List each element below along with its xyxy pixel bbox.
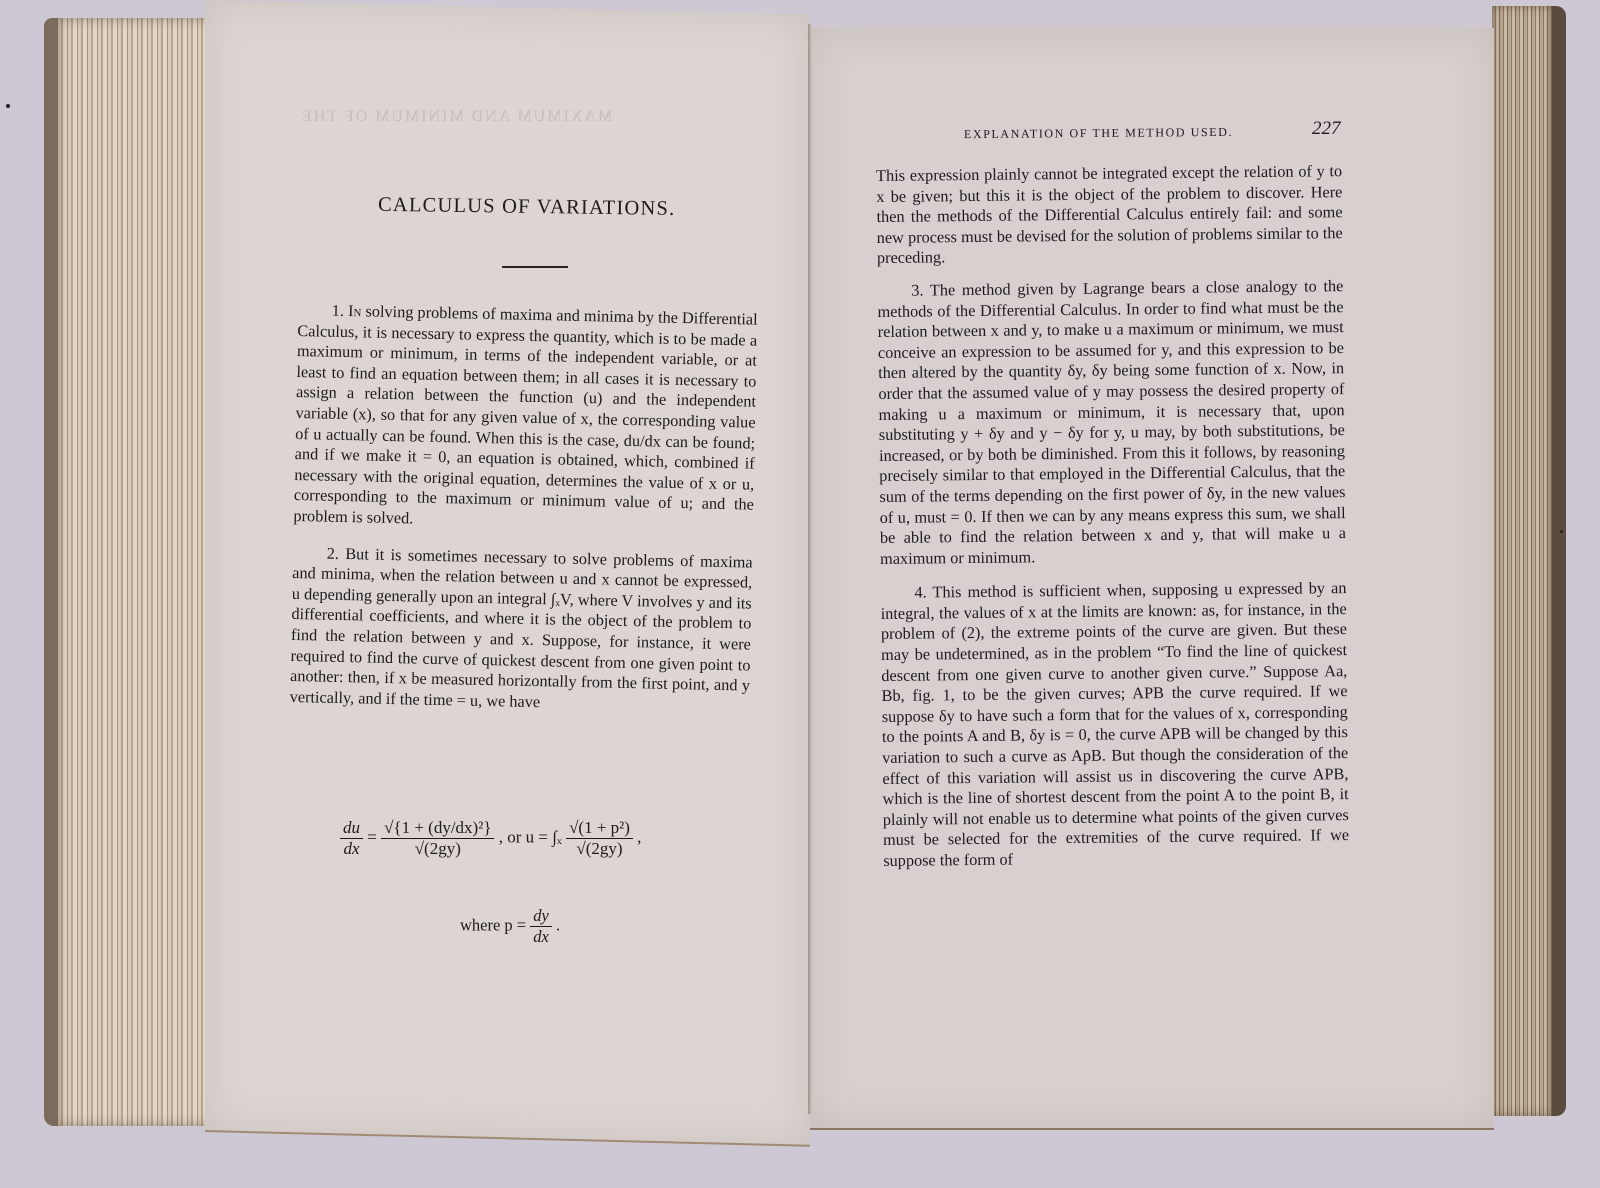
show-through-text: MAXIMUM AND MINIMUM OF THE <box>300 108 612 126</box>
where-p-definition: where p = dy dx . <box>460 906 560 947</box>
paragraph-1: 1. In solving problems of maxima and min… <box>293 300 758 536</box>
paragraph-number: 2. <box>327 543 340 562</box>
fraction-sqrt-term: √{1 + (dy/dx)²} √(2gy) <box>381 818 494 859</box>
title-rule <box>502 266 568 268</box>
descent-time-formula: du dx = √{1 + (dy/dx)²} √(2gy) , or u = … <box>340 818 720 892</box>
book-gutter <box>808 24 812 1114</box>
right-page-body: This expression plainly cannot be integr… <box>876 161 1349 871</box>
right-page-block-fore-edge <box>1492 6 1566 1116</box>
drop-lead: In <box>348 301 362 320</box>
paragraph-continuation: This expression plainly cannot be integr… <box>876 161 1343 269</box>
paragraph-number: 4. <box>914 583 926 602</box>
dust-speck <box>1560 530 1563 533</box>
chapter-title: CALCULUS OF VARIATIONS. <box>378 194 698 221</box>
paragraph-4: 4. This method is sufficient when, suppo… <box>880 578 1349 871</box>
paragraph-2: 2. But it is sometimes necessary to solv… <box>289 542 752 716</box>
running-header: EXPLANATION OF THE METHOD USED. <box>964 125 1233 142</box>
left-page-block-fore-edge <box>44 18 228 1126</box>
paragraph-3: 3. The method given by Lagrange bears a … <box>877 276 1346 569</box>
left-page-body: 1. In solving problems of maxima and min… <box>289 300 757 717</box>
paragraph-number: 3. <box>911 280 923 299</box>
paragraph-number: 1. <box>332 301 345 320</box>
page-number: 227 <box>1312 118 1341 140</box>
dust-speck <box>6 104 10 108</box>
paragraph-text: The method given by Lagrange bears a clo… <box>877 276 1346 568</box>
open-book-photo: MAXIMUM AND MINIMUM OF THE CALCULUS OF V… <box>0 0 1600 1188</box>
formula-joiner: , or u = ∫ₓ <box>499 827 562 846</box>
fraction-integrand: √(1 + p²) √(2gy) <box>566 818 633 859</box>
paragraph-text: This expression plainly cannot be integr… <box>876 161 1343 267</box>
paragraph-text: This method is sufficient when, supposin… <box>881 578 1350 870</box>
paragraph-text: solving problems of maxima and minima by… <box>293 301 758 527</box>
fraction-du-dx: du dx <box>340 818 363 859</box>
paragraph-text: But it is sometimes necessary to solve p… <box>290 544 753 711</box>
